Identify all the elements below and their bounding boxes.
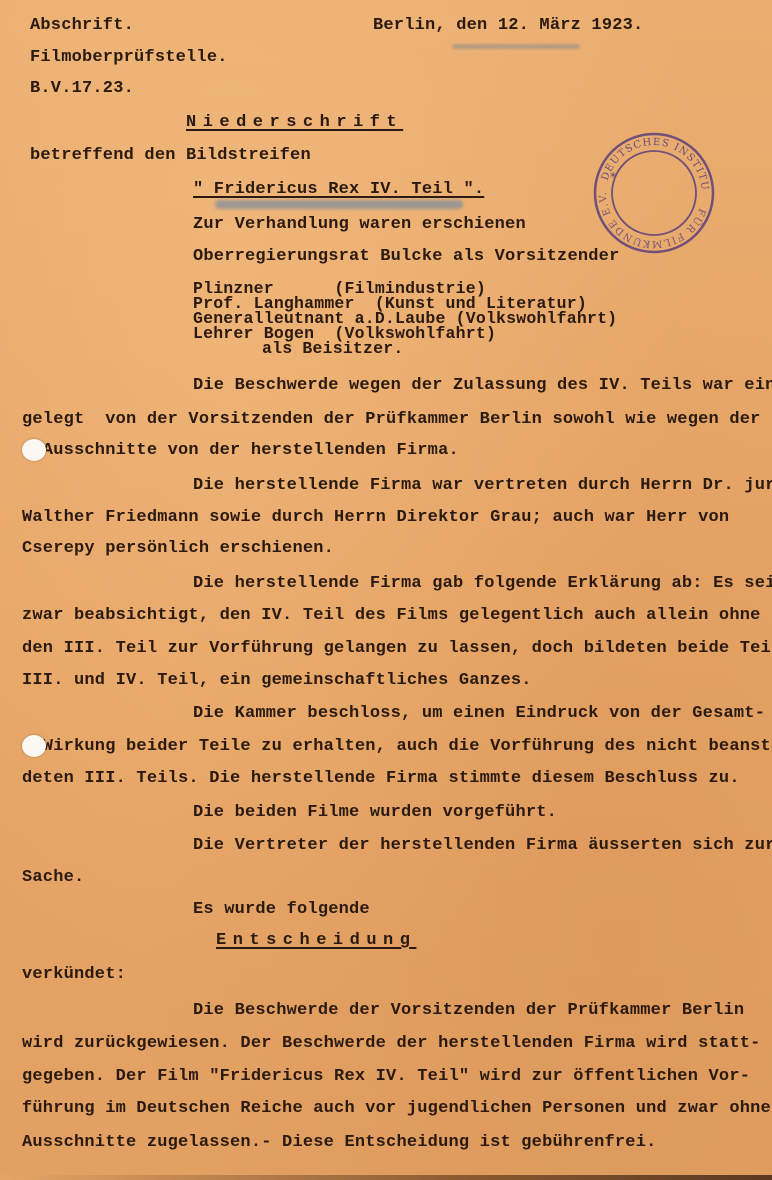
copy-label: Abschrift. bbox=[30, 16, 134, 36]
p4-line-1: Die Kammer beschloss, um einen Eindruck … bbox=[193, 704, 765, 724]
decision-line-2: wird zurückgewiesen. Der Beschwerde der … bbox=[22, 1034, 761, 1054]
document-page: Abschrift. Berlin, den 12. März 1923. Fi… bbox=[0, 0, 772, 1180]
attendance-intro: Zur Verhandlung waren erschienen bbox=[193, 215, 526, 235]
document-title: Niederschrift bbox=[186, 113, 403, 132]
p2-line-2: Walther Friedmann sowie durch Herrn Dire… bbox=[22, 508, 729, 528]
page-edge bbox=[0, 1175, 772, 1180]
p6-line-2: Sache. bbox=[22, 868, 84, 888]
decision-line-5: Ausschnitte zugelassen.- Diese Entscheid… bbox=[22, 1133, 657, 1153]
punch-hole bbox=[22, 439, 46, 461]
punch-hole bbox=[22, 735, 46, 757]
p2-line-3: Cserepy persönlich erschienen. bbox=[22, 539, 334, 559]
place-date: Berlin, den 12. März 1923. bbox=[373, 16, 643, 36]
p4-line-3: deten III. Teils. Die herstellende Firma… bbox=[22, 769, 740, 789]
file-number: B.V.17.23. bbox=[30, 79, 134, 99]
p4-line-2: Wirkung beider Teile zu erhalten, auch d… bbox=[22, 737, 772, 757]
p1-line-2: gelegt von der Vorsitzenden der Prüfkamm… bbox=[22, 410, 761, 430]
svg-text:*: * bbox=[610, 170, 616, 184]
p2-line-1: Die herstellende Firma war vertreten dur… bbox=[193, 476, 772, 496]
p3-line-3: den III. Teil zur Vorführung gelangen zu… bbox=[22, 639, 772, 659]
institute-stamp: DEUTSCHES INSTITUT FÜR FILMKUNDE E.V. * bbox=[592, 131, 716, 255]
film-title: " Fridericus Rex IV. Teil ". bbox=[193, 180, 484, 200]
subject-intro: betreffend den Bildstreifen bbox=[30, 146, 311, 166]
decision-line-3: gegeben. Der Film "Fridericus Rex IV. Te… bbox=[22, 1067, 750, 1087]
decision-line-4: führung im Deutschen Reiche auch vor jug… bbox=[22, 1099, 771, 1119]
stamp-icon: DEUTSCHES INSTITUT FÜR FILMKUNDE E.V. * bbox=[592, 131, 716, 255]
p3-line-2: zwar beabsichtigt, den IV. Teil des Film… bbox=[22, 606, 761, 626]
p5-line: Die beiden Filme wurden vorgeführt. bbox=[193, 803, 557, 823]
p3-line-4: III. und IV. Teil, ein gemeinschaftliche… bbox=[22, 671, 532, 691]
p1-line-1: Die Beschwerde wegen der Zulassung des I… bbox=[193, 376, 772, 396]
decision-line-1: Die Beschwerde der Vorsitzenden der Prüf… bbox=[193, 1001, 744, 1021]
p3-line-1: Die herstellende Firma gab folgende Erkl… bbox=[193, 574, 772, 594]
members-role: als Beisitzer. bbox=[262, 341, 403, 356]
pencil-mark bbox=[452, 44, 580, 49]
announced-label: verkündet: bbox=[22, 965, 126, 985]
p6-line-1: Die Vertreter der herstellenden Firma äu… bbox=[193, 836, 772, 856]
p7-line: Es wurde folgende bbox=[193, 900, 370, 920]
decision-heading: Entscheidung bbox=[216, 931, 416, 950]
authority: Filmoberprüfstelle. bbox=[30, 48, 228, 68]
chair: Oberregierungsrat Bulcke als Vorsitzende… bbox=[193, 247, 619, 267]
blue-pencil-mark bbox=[215, 200, 463, 209]
p1-line-3: Ausschnitte von der herstellenden Firma. bbox=[22, 441, 459, 461]
